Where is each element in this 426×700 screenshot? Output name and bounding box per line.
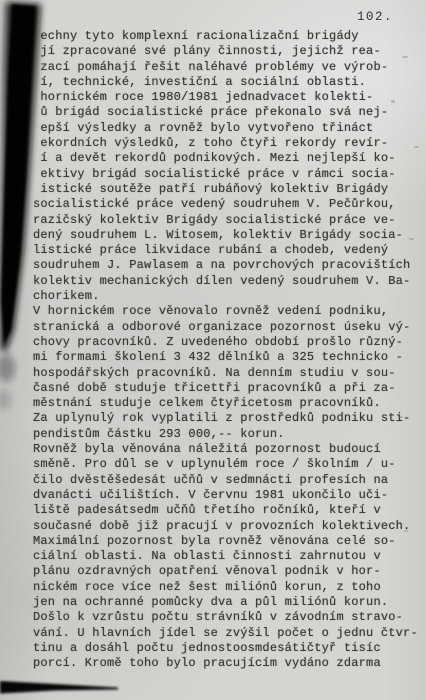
scan-speck — [414, 146, 419, 148]
document-line: plánu ozdravných opatření věnoval podnik… — [33, 564, 413, 579]
document-line: chovy pracovníků. Z uvedeného období pro… — [33, 335, 413, 350]
document-line: porcí. Kromě toho bylo pracujícím vydáno… — [33, 656, 413, 671]
document-line: mi formami školení 3 432 dělníků a 325 t… — [33, 350, 413, 365]
document-line: dený soudruhem L. Witosem, kolektiv Brig… — [33, 228, 413, 243]
document-line: liště padesátsedm učňů třetího ročníků, … — [33, 503, 413, 518]
document-line: istické soutěže patří rubáňový kolektiv … — [33, 182, 413, 197]
document-line: pendistům částku 293 000,-- korun. — [33, 427, 413, 442]
document-line: echny tyto komplexní racionalizační brig… — [33, 29, 413, 44]
document-line: směně. Pro důl se v uplynulém roce / ško… — [33, 457, 413, 472]
scanned-document-page: 102. echny tyto komplexní racionalizační… — [0, 0, 426, 700]
document-line: Za uplynulý rok vyplatili z prostředků p… — [33, 411, 413, 426]
document-line: hospodářských pracovníků. Na denním stud… — [33, 366, 413, 381]
document-line: vání. U hlavních jídel se zvýšil počet o… — [33, 626, 413, 641]
document-line: časné době studuje třicettři pracovníků … — [33, 381, 413, 396]
document-line: ciální oblasti. Na oblasti činnosti zahr… — [33, 549, 413, 564]
document-line: razičský kolektiv Brigády socialistické … — [33, 213, 413, 228]
document-line: stranická a odborové organizace pozornos… — [33, 320, 413, 335]
document-line: čilo dvěstěšedesát učňů v sedmnácti prof… — [33, 473, 413, 488]
ink-line-artifact — [0, 681, 118, 694]
document-line: jí zpracované své plány činnosti, jejich… — [33, 44, 413, 59]
page-number: 102. — [357, 10, 393, 24]
document-line: zací pomáhají řešit naléhavé problémy ve… — [33, 60, 413, 75]
scan-speck — [391, 100, 395, 103]
document-line: ektivy brigád socialistické práce v rámc… — [33, 167, 413, 182]
scan-speck — [398, 416, 403, 418]
document-line: listické práce likvidace rubání a chodeb… — [33, 243, 413, 258]
document-line: Maximální pozornost byla rovněž věnována… — [33, 534, 413, 549]
document-line: soudruhem J. Pawlasem a na povrchových p… — [33, 258, 413, 273]
scan-speck — [402, 56, 408, 58]
document-line: chorikem. — [33, 289, 413, 304]
document-line: epší výsledky a rovněž bylo vytvořeno tř… — [33, 121, 413, 136]
document-line: současné době již pracují v provozních k… — [33, 519, 413, 534]
document-text: echny tyto komplexní racionalizační brig… — [33, 29, 413, 671]
document-line: tinu a dosáhl počtu jednostoosmdesátičty… — [33, 641, 413, 656]
document-line: socialistické práce vedený soudruhem V. … — [33, 197, 413, 212]
scan-speck — [404, 530, 408, 532]
document-line: dvanácti učilištích. V červnu 1981 ukonč… — [33, 488, 413, 503]
document-line: městnání studuje celkem čtyřicetosm prac… — [33, 396, 413, 411]
scan-speck — [409, 238, 414, 240]
document-line: Rovněž byla věnována náležitá pozornost … — [33, 442, 413, 457]
document-line: ekordních výsledků, z toho čtyři rekordy… — [33, 136, 413, 151]
document-line: kolektiv mechanických dílen vedený soudr… — [33, 274, 413, 289]
document-line: hornickém roce 1980/1981 jednadvacet kol… — [33, 90, 413, 105]
document-line: í a devět rekordů podnikových. Mezi nejl… — [33, 151, 413, 166]
document-line: Došlo k vzrůstu počtu strávníků v závodn… — [33, 610, 413, 625]
document-line: V hornickém roce věnovalo rovněž vedení … — [33, 304, 413, 319]
document-line: í, technické, investiční a sociální obla… — [33, 75, 413, 90]
document-line: ů brigád socialistické práce překonalo s… — [33, 105, 413, 120]
document-line: nickém roce více než šest miliónů korun,… — [33, 580, 413, 595]
document-line: jen na ochranné pomůcky dva a půl milión… — [33, 595, 413, 610]
